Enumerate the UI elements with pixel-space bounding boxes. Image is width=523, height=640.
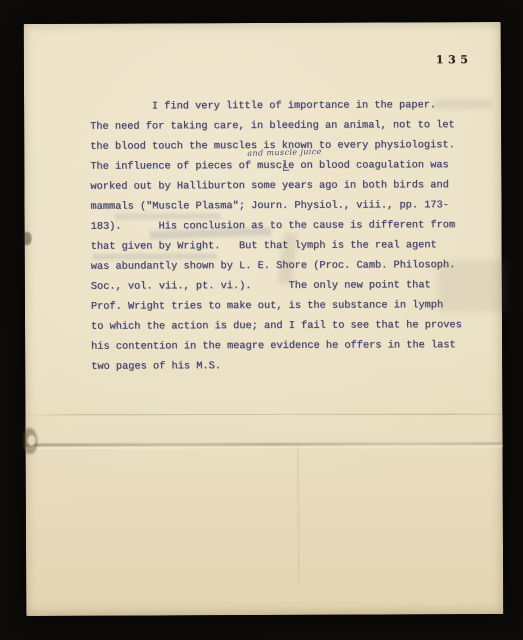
typescript-line: Soc., vol. vii., pt. vi.). The only new … (91, 275, 491, 297)
typescript-line: 183). His conclusion as to the cause is … (91, 215, 491, 237)
page-number: 135 (436, 53, 473, 66)
manuscript-page: 135 I find very little of importance in … (24, 22, 504, 616)
handwritten-annotation: and muscle juice (247, 147, 322, 158)
paper-edge-tear-spot (28, 435, 36, 446)
typescript-line: two pages of his M.S. (91, 355, 491, 377)
typescript-line: Prof. Wright tries to make out, is the s… (91, 295, 491, 317)
typescript-line: I find very little of importance in the … (90, 95, 490, 117)
typescript-line: The influence of pieces of muscle on blo… (90, 155, 490, 177)
typescript-line: worked out by Halliburton some years ago… (90, 175, 490, 197)
typescript-block: I find very little of importance in the … (90, 95, 491, 377)
insertion-caret-icon (283, 163, 290, 171)
typescript-line: The need for taking care, in bleeding an… (90, 115, 490, 137)
fold-crease-vertical (298, 446, 300, 581)
typescript-line: his contention in the meagre evidence he… (91, 335, 491, 357)
typescript-line: that given by Wright. But that lymph is … (91, 235, 491, 257)
typescript-line: mammals ("Muscle Plasma"; Journ. Physiol… (90, 195, 490, 217)
typescript-line: was abundantly shown by L. E. Shore (Pro… (91, 255, 491, 277)
paper-edge-notch (24, 232, 32, 245)
scan-background: 135 I find very little of importance in … (0, 0, 523, 640)
fold-crease-faint (25, 414, 502, 416)
typescript-line: to which the action is due; and I fail t… (91, 315, 491, 337)
